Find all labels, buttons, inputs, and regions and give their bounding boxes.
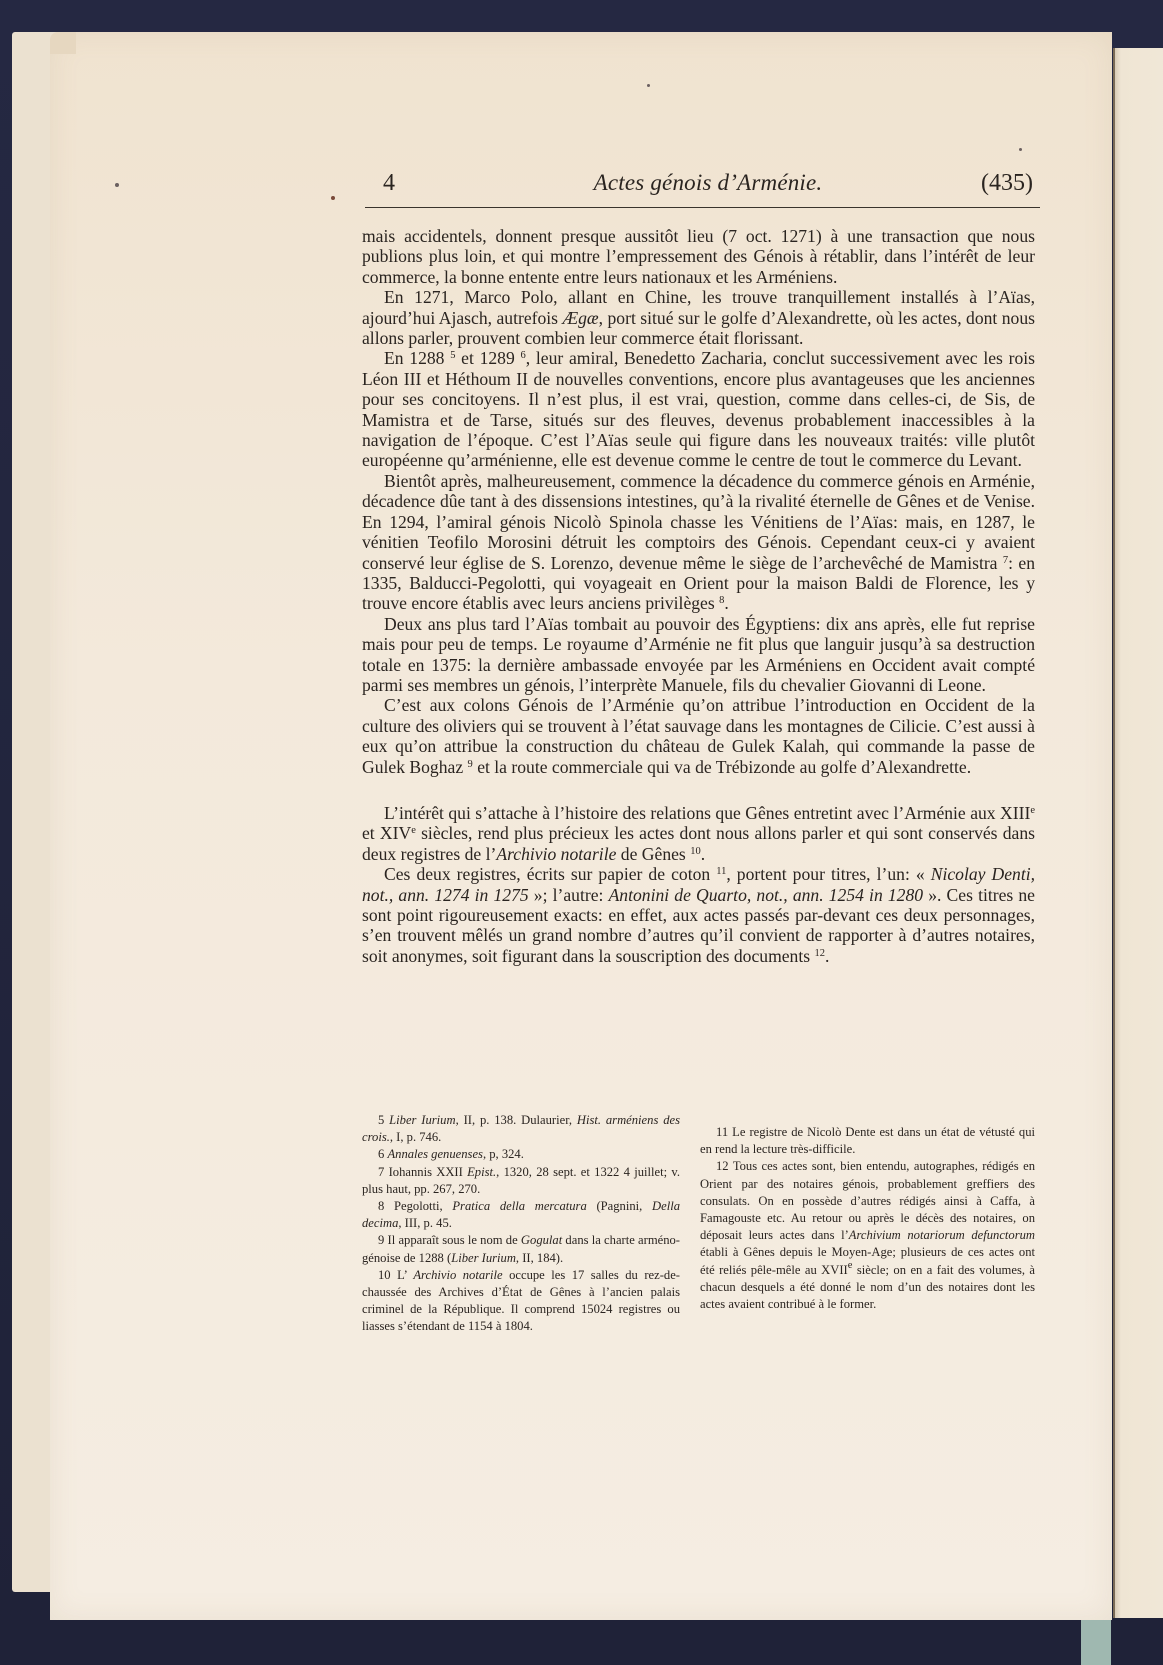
paragraph: Ces deux registres, écrits sur papier de… [362, 864, 1035, 966]
footnote-8: 8 Pegolotti, Pratica della mercatura (Pa… [362, 1198, 680, 1232]
footnote-ref[interactable]: 10 [690, 846, 701, 857]
footnotes-right-column: 11 Le registre de Nicolò Dente est dans … [700, 1124, 1035, 1313]
body-text: mais accidentels, donnent presque aussit… [362, 226, 1035, 966]
footnote-ref[interactable]: 11 [716, 866, 726, 877]
paper-speck [331, 196, 335, 200]
adjacent-page-tab [1081, 1617, 1111, 1665]
adjacent-page-edge [1113, 48, 1163, 1618]
paragraph: C’est aux colons Génois de l’Arménie qu’… [362, 695, 1035, 777]
footnote-ref[interactable]: 12 [815, 948, 826, 959]
footnote-12: 12 Tous ces actes sont, bien entendu, au… [700, 1158, 1035, 1313]
paragraph: Bientôt après, malheureusement, commence… [362, 471, 1035, 614]
footnote-5: 5 Liber Iurium, II, p. 138. Dulaurier, H… [362, 1112, 680, 1146]
footnotes-left-column: 5 Liber Iurium, II, p. 138. Dulaurier, H… [362, 1112, 680, 1336]
paragraph: En 1271, Marco Polo, allant en Chine, le… [362, 287, 1035, 348]
footnote-9: 9 Il apparaît sous le nom de Gogulat dan… [362, 1232, 680, 1266]
header-rule [365, 207, 1040, 208]
paper-speck [647, 84, 650, 87]
footnote-11: 11 Le registre de Nicolò Dente est dans … [700, 1124, 1035, 1158]
footnote-7: 7 Iohannis XXII Epist., 1320, 28 sept. e… [362, 1164, 680, 1198]
paragraph: En 1288 5 et 1289 6, leur amiral, Benede… [362, 348, 1035, 470]
folio-right: (435) [981, 170, 1033, 197]
footnote-10: 10 L’ Archivio notarile occupe les 17 sa… [362, 1267, 680, 1336]
paragraph: Deux ans plus tard l’Aïas tombait au pou… [362, 614, 1035, 696]
paragraph: mais accidentels, donnent presque aussit… [362, 226, 1035, 287]
paper-speck [115, 183, 119, 187]
footnote-6: 6 Annales genuenses, p, 324. [362, 1146, 680, 1163]
paper-speck [1019, 148, 1022, 151]
page-corner-fold [50, 32, 76, 54]
running-title: Actes génois d’Arménie. [383, 170, 1033, 196]
running-head: 4 Actes génois d’Arménie. (435) [383, 168, 1033, 202]
paragraph: L’intérêt qui s’attache à l’histoire des… [362, 803, 1035, 864]
